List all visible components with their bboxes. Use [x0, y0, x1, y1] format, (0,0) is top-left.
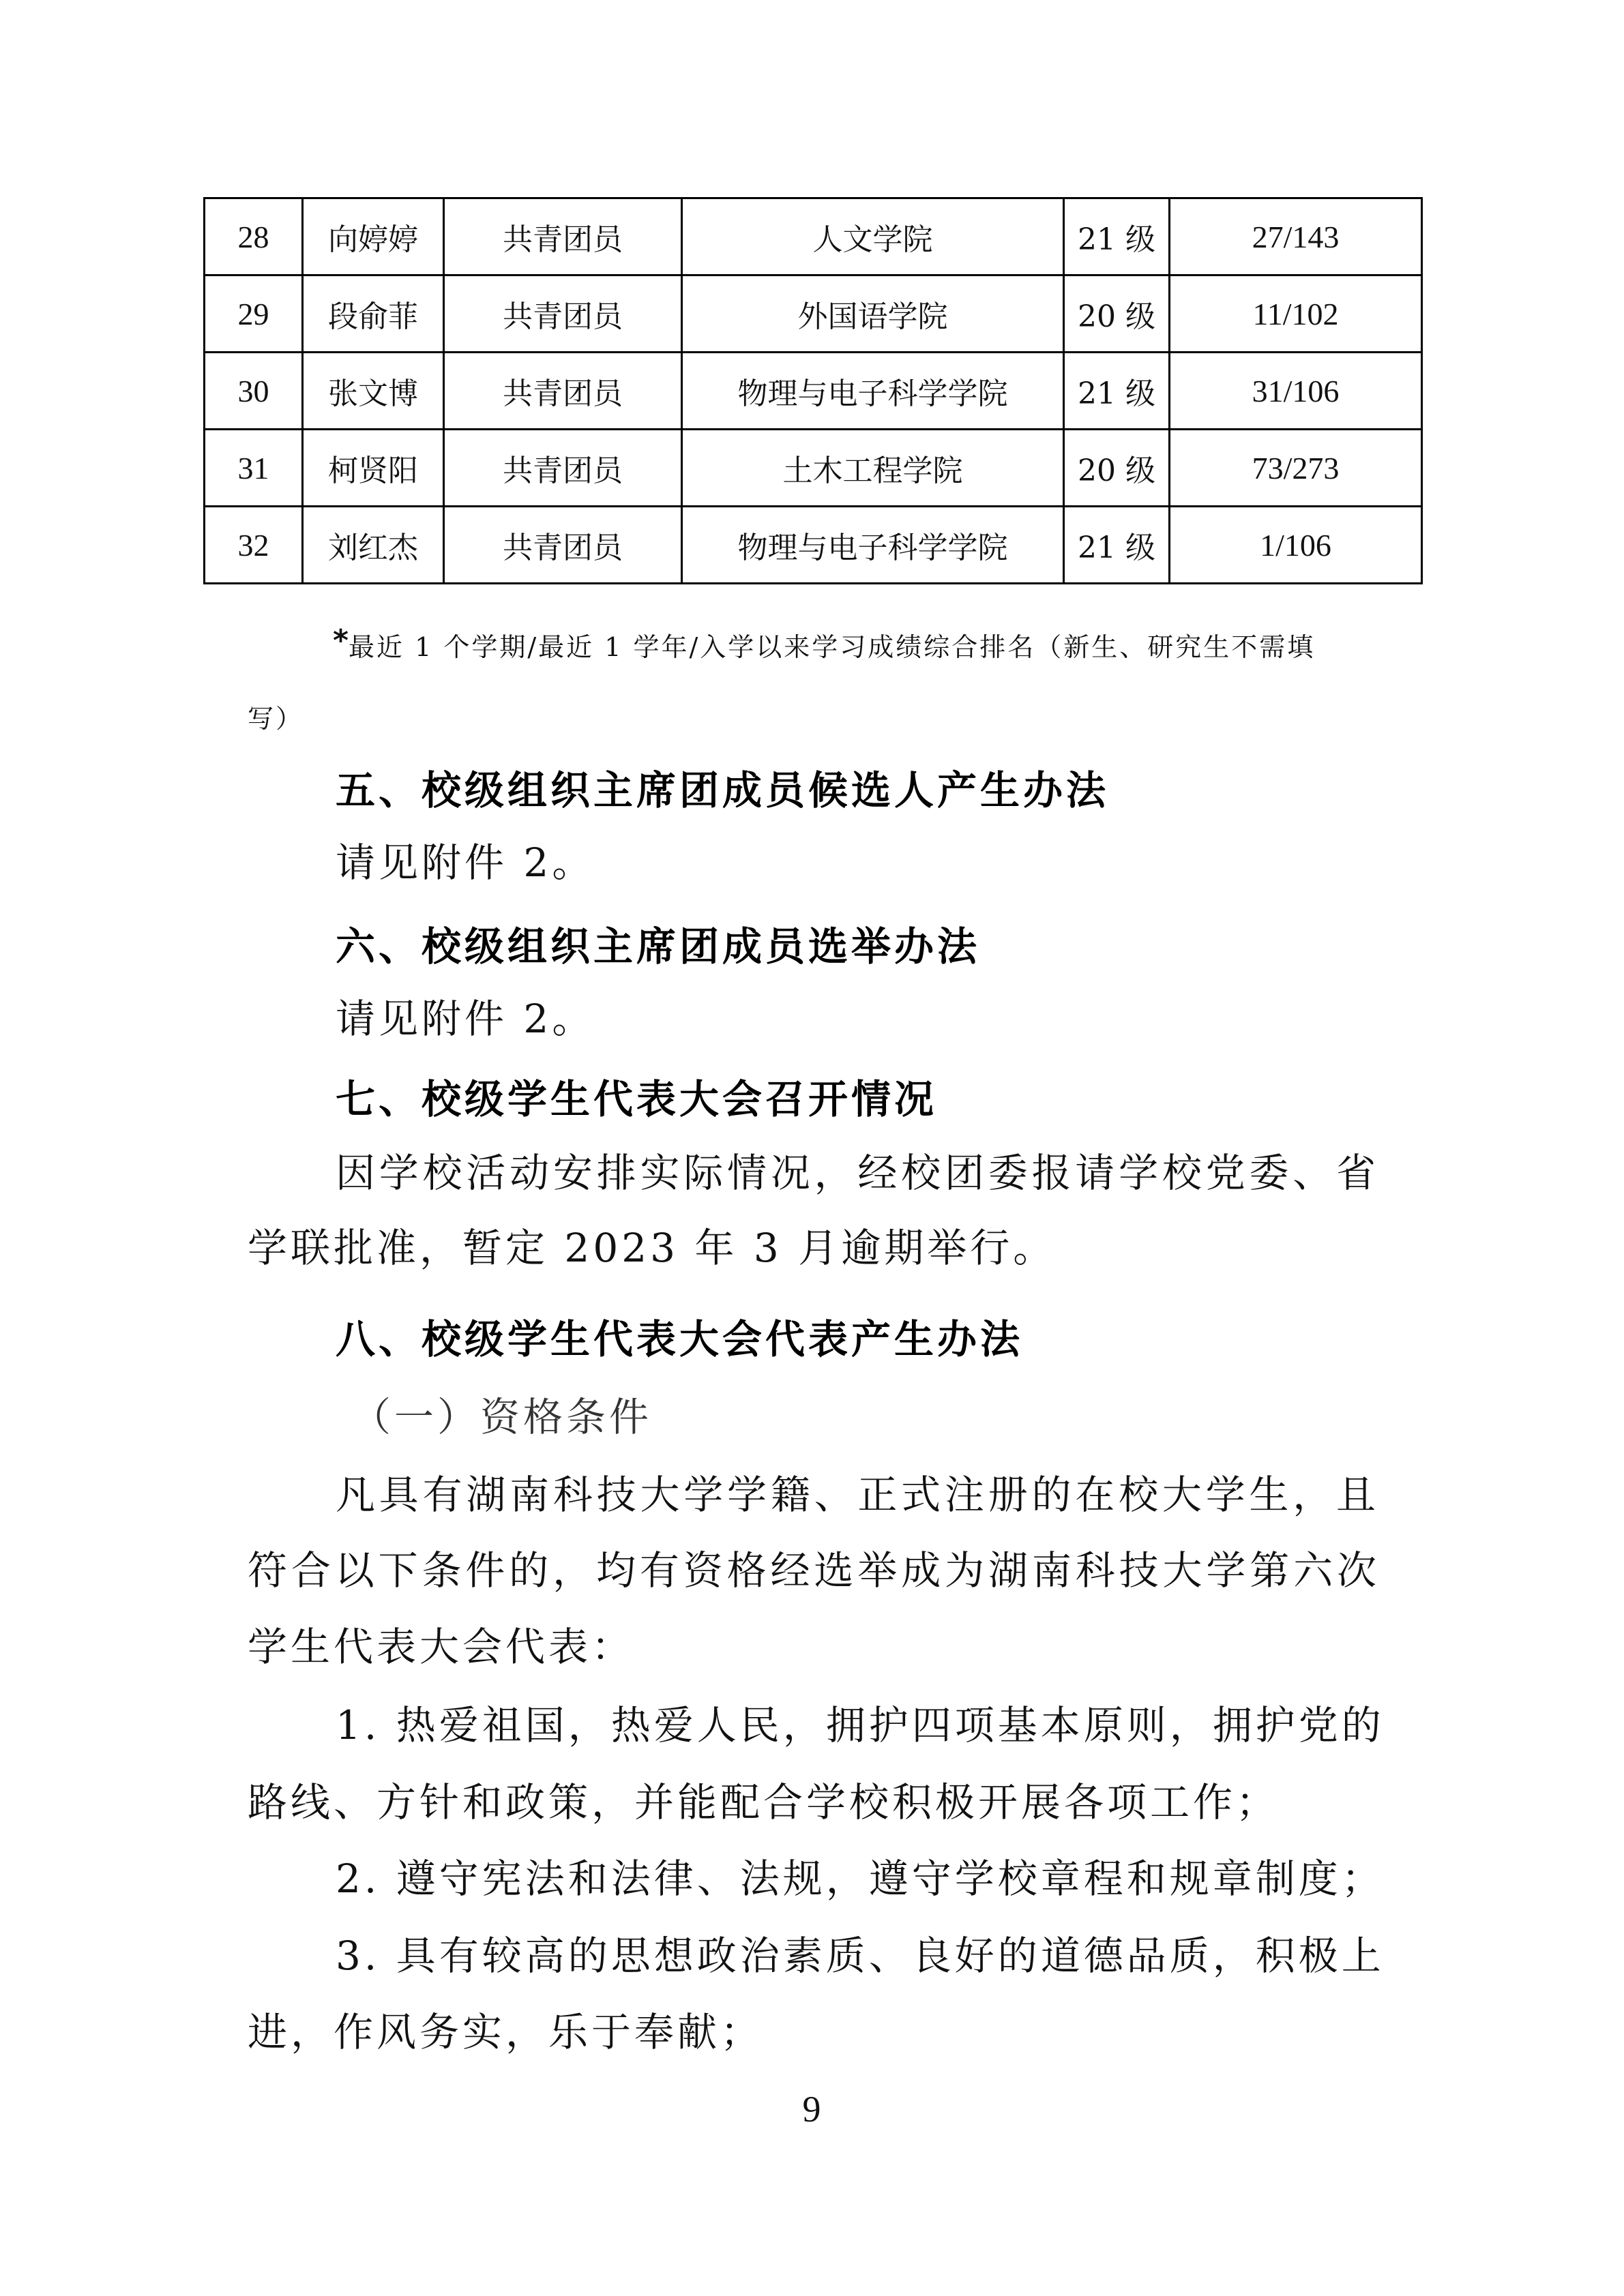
cell-political-status: 共青团员 — [444, 198, 682, 275]
cell-rank: 73/273 — [1170, 430, 1422, 507]
cell-name: 柯贤阳 — [303, 430, 444, 507]
table-row: 31 柯贤阳 共青团员 土木工程学院 20 级 73/273 — [205, 430, 1422, 507]
cell-rank: 11/102 — [1170, 275, 1422, 353]
section-6-body: 请见附件 2。 — [336, 997, 595, 1041]
cell-no: 30 — [205, 353, 303, 430]
table-row: 32 刘红杰 共青团员 物理与电子科学学院 21 级 1/106 — [205, 507, 1422, 584]
candidate-table: 28 向婷婷 共青团员 人文学院 21 级 27/143 29 段俞菲 共青团员… — [203, 197, 1423, 584]
footnote-line-1: *最近 1 个学期/最近 1 学年/入学以来学习成绩综合排名（新生、研究生不需填 — [333, 626, 1315, 656]
eligibility-intro-line-2: 符合以下条件的，均有资格经选举成为湖南科技大学第六次 — [248, 1549, 1380, 1592]
cell-name: 张文博 — [303, 353, 444, 430]
condition-2-line-1: 2. 遵守宪法和法律、法规，遵守学校章程和规章制度； — [336, 1857, 1385, 1900]
cell-political-status: 共青团员 — [444, 353, 682, 430]
condition-3-line-1: 3. 具有较高的思想政治素质、良好的道德品质，积极上 — [336, 1934, 1379, 1978]
cell-no: 32 — [205, 507, 303, 584]
cell-political-status: 共青团员 — [444, 430, 682, 507]
table-row: 29 段俞菲 共青团员 外国语学院 20 级 11/102 — [205, 275, 1422, 353]
cell-college: 人文学院 — [682, 198, 1064, 275]
cell-college: 物理与电子科学学院 — [682, 353, 1064, 430]
cell-college: 外国语学院 — [682, 275, 1064, 353]
section-5-body: 请见附件 2。 — [336, 841, 595, 884]
section-6-heading: 六、校级组织主席团成员选举办法 — [336, 925, 980, 968]
cell-no: 31 — [205, 430, 303, 507]
cell-name: 段俞菲 — [303, 275, 444, 353]
table-row: 30 张文博 共青团员 物理与电子科学学院 21 级 31/106 — [205, 353, 1422, 430]
section-7-body-line-2: 学联批准，暂定 2023 年 3 月逾期举行。 — [248, 1226, 1056, 1270]
section-7-heading: 七、校级学生代表大会召开情况 — [336, 1077, 937, 1121]
section-7-body-line-1: 因学校活动安排实际情况，经校团委报请学校党委、省 — [336, 1151, 1379, 1195]
cell-grade: 21 级 — [1064, 353, 1170, 430]
cell-no: 28 — [205, 198, 303, 275]
document-page: 28 向婷婷 共青团员 人文学院 21 级 27/143 29 段俞菲 共青团员… — [0, 0, 1624, 2296]
footnote-line-2: 写） — [248, 704, 304, 734]
cell-name: 向婷婷 — [303, 198, 444, 275]
page-number: 9 — [778, 2088, 846, 2130]
eligibility-intro-line-3: 学生代表大会代表： — [248, 1625, 634, 1669]
section-8-heading: 八、校级学生代表大会代表产生办法 — [336, 1317, 1023, 1361]
cell-grade: 21 级 — [1064, 198, 1170, 275]
cell-rank: 1/106 — [1170, 507, 1422, 584]
section-8-subheading: （一）资格条件 — [351, 1395, 652, 1439]
cell-grade: 20 级 — [1064, 430, 1170, 507]
cell-rank: 27/143 — [1170, 198, 1422, 275]
cell-grade: 20 级 — [1064, 275, 1170, 353]
condition-3-line-2: 进，作风务实，乐于奉献； — [248, 2010, 763, 2054]
cell-political-status: 共青团员 — [444, 275, 682, 353]
condition-1-line-1: 1. 热爱祖国，热爱人民，拥护四项基本原则，拥护党的 — [336, 1703, 1379, 1747]
section-5-heading: 五、校级组织主席团成员候选人产生办法 — [336, 769, 1109, 812]
eligibility-intro-line-1: 凡具有湖南科技大学学籍、正式注册的在校大学生，且 — [336, 1473, 1379, 1517]
cell-political-status: 共青团员 — [444, 507, 682, 584]
cell-grade: 21 级 — [1064, 507, 1170, 584]
cell-name: 刘红杰 — [303, 507, 444, 584]
footnote-marker: * — [333, 623, 349, 658]
table-row: 28 向婷婷 共青团员 人文学院 21 级 27/143 — [205, 198, 1422, 275]
cell-college: 土木工程学院 — [682, 430, 1064, 507]
condition-1-line-2: 路线、方针和政策，并能配合学校积极开展各项工作； — [248, 1780, 1279, 1824]
cell-no: 29 — [205, 275, 303, 353]
cell-rank: 31/106 — [1170, 353, 1422, 430]
footnote-text: 最近 1 个学期/最近 1 学年/入学以来学习成绩综合排名（新生、研究生不需填 — [349, 632, 1315, 662]
cell-college: 物理与电子科学学院 — [682, 507, 1064, 584]
